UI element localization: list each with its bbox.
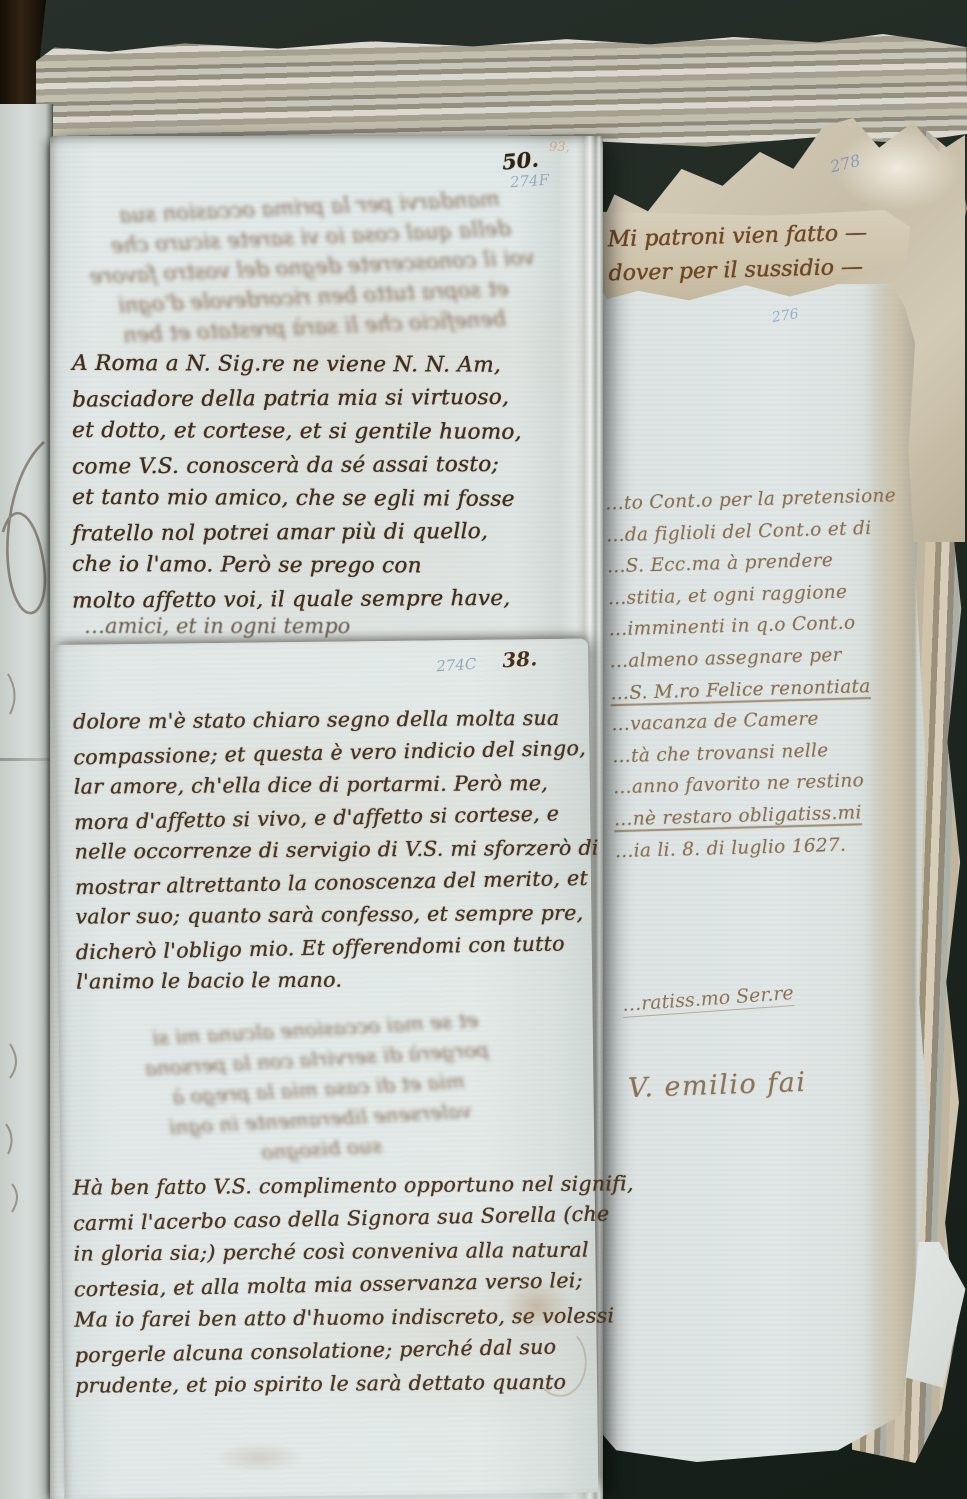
archival-number-pencil: 276 (771, 306, 800, 326)
text-line: basciadore della patria mia si virtuoso, (72, 380, 587, 417)
text-line: che io l'amo. Però se prego con (72, 548, 587, 584)
bleed-through-text: et se mai occasione alcuna mi siporgerà … (90, 1001, 548, 1176)
letter-paragraph: A Roma a N. Sig.re ne viene N. N. Am,bas… (72, 348, 587, 616)
text-line: l'animo le bacio le mano. (76, 962, 584, 998)
paper-crease (0, 758, 53, 761)
ink-stain (214, 1442, 304, 1473)
ink-stain (532, 1327, 587, 1398)
folio-number-ink: 38. (501, 646, 537, 672)
partially-hidden-line: …amici, et in ogni tempo (84, 614, 350, 638)
ink-flourish (0, 1034, 53, 1234)
text-line: fratello nol potrei amar più di quello, (72, 514, 587, 551)
text-line: A Roma a N. Sig.re ne viene N. N. Am, (72, 347, 587, 383)
signature: V. emilio fai (628, 1067, 807, 1104)
archival-number-pencil: 278 (828, 151, 862, 177)
manuscript-photo: 278 276 …to Cont.o per la pretensione…da… (0, 0, 967, 1499)
letter-paragraph: dolore m'è stato chiaro segno della molt… (73, 701, 585, 1000)
right-letter-page: 276 …to Cont.o per la pretensione…da fig… (596, 284, 932, 1462)
text-line: prudente, et pio spirito le sarà dettato… (75, 1366, 595, 1403)
letter-body-text: …to Cont.o per la pretensione…da figliol… (605, 480, 921, 868)
bleed-through-text: mandarvi per la prima occasion suadella … (73, 182, 551, 352)
text-line: come V.S. conoscerà da sé assai tosto; (72, 447, 587, 484)
folio-number-ink: 50. (501, 146, 540, 174)
folio-number-pencil: 274C (436, 655, 477, 676)
text-line: et dotto, et cortese, et si gentile huom… (72, 414, 587, 450)
text-line: molto affetto voi, il quale sempre have, (72, 581, 587, 618)
ink-flourish (0, 434, 53, 754)
overlay-letter-page: 274C 38. dolore m'è stato chiaro segno d… (54, 638, 598, 1498)
note-text: Mi patroni vien fatto —dover per il suss… (607, 217, 868, 292)
text-line: dover per il sussidio — (608, 251, 868, 292)
folio-number-faint: 93, (549, 140, 570, 155)
letter-closing: …ratiss.mo Ser.re (621, 982, 794, 1016)
stained-fold-edge (864, 284, 916, 1462)
text-line: et tanto mio amico, che se egli mi fosse (72, 481, 587, 517)
facing-page-edge (0, 104, 53, 1499)
